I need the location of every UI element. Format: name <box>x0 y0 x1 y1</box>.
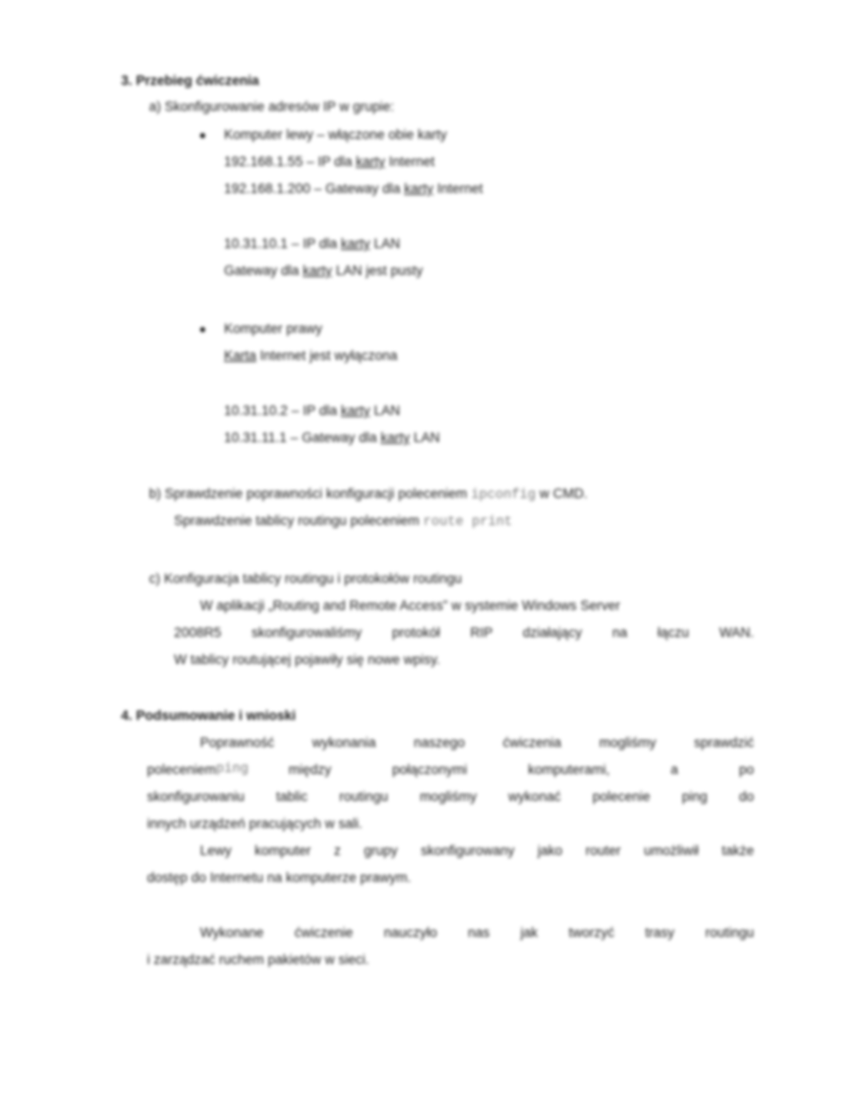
right-pc-line-1: Karta Internet jest wyłączona <box>224 347 397 365</box>
section-4-heading: 4. Podsumowanie i wnioski <box>121 707 296 725</box>
item-c-line-2: 2008R5 skonfigurowaliśmy protokół RIP dz… <box>174 624 754 642</box>
item-b-line-2: Sprawdzenie tablicy routingu poleceniem … <box>174 512 512 532</box>
section-3-heading: 3. Przebieg ćwiczenia <box>121 72 259 90</box>
item-c-line-1: W aplikacji „Routing and Remote Access” … <box>200 597 620 615</box>
right-pc-line-3: 10.31.11.1 – Gateway dla karty LAN <box>224 429 440 447</box>
summary-p2-line-2: dostęp do Internetu na komputerze prawym… <box>147 869 411 887</box>
left-pc-line-3: 10.31.10.1 – IP dla karty LAN <box>224 235 400 253</box>
right-pc-title: Komputer prawy <box>224 320 322 338</box>
left-pc-title: Komputer lewy – włączone obie karty <box>224 126 447 144</box>
left-pc-line-1: 192.168.1.55 – IP dla karty Internet <box>224 153 435 171</box>
bullet-icon: ● <box>199 322 206 336</box>
item-a-label: a) Skonfigurowanie adresów IP w grupie: <box>149 98 394 116</box>
left-pc-line-2: 192.168.1.200 – Gateway dla karty Intern… <box>224 180 483 198</box>
bullet-icon: ● <box>199 128 206 142</box>
item-c-label: c) Konfiguracja tablicy routingu i proto… <box>149 570 462 588</box>
item-b-line-1: b) Sprawdzenie poprawności konfiguracji … <box>149 485 588 505</box>
summary-p1-line-3: skonfigurowaniu tablic routingu mogliśmy… <box>147 788 754 806</box>
summary-p1-line-1: Poprawność wykonania naszego ćwiczenia m… <box>200 734 754 752</box>
summary-p3-line-2: i zarządzać ruchem pakietów w sieci. <box>147 951 369 969</box>
summary-p2-line-1: Lewy komputer z grupy skonfigurowany jak… <box>200 842 754 860</box>
summary-p3-line-1: Wykonane ćwiczenie nauczyło nas jak twor… <box>200 924 754 942</box>
right-pc-line-2: 10.31.10.2 – IP dla karty LAN <box>224 402 400 420</box>
item-c-line-3: W tablicy routującej pojawiły się nowe w… <box>174 651 440 669</box>
left-pc-line-4: Gateway dla karty LAN jest pusty <box>224 262 423 280</box>
document-page: 3. Przebieg ćwiczenia a) Skonfigurowanie… <box>0 0 850 1100</box>
summary-p1-line-4: innych urządzeń pracujących w sali. <box>147 815 362 833</box>
summary-p1-line-2: poleceniem ping między połączonymi kompu… <box>147 761 754 779</box>
